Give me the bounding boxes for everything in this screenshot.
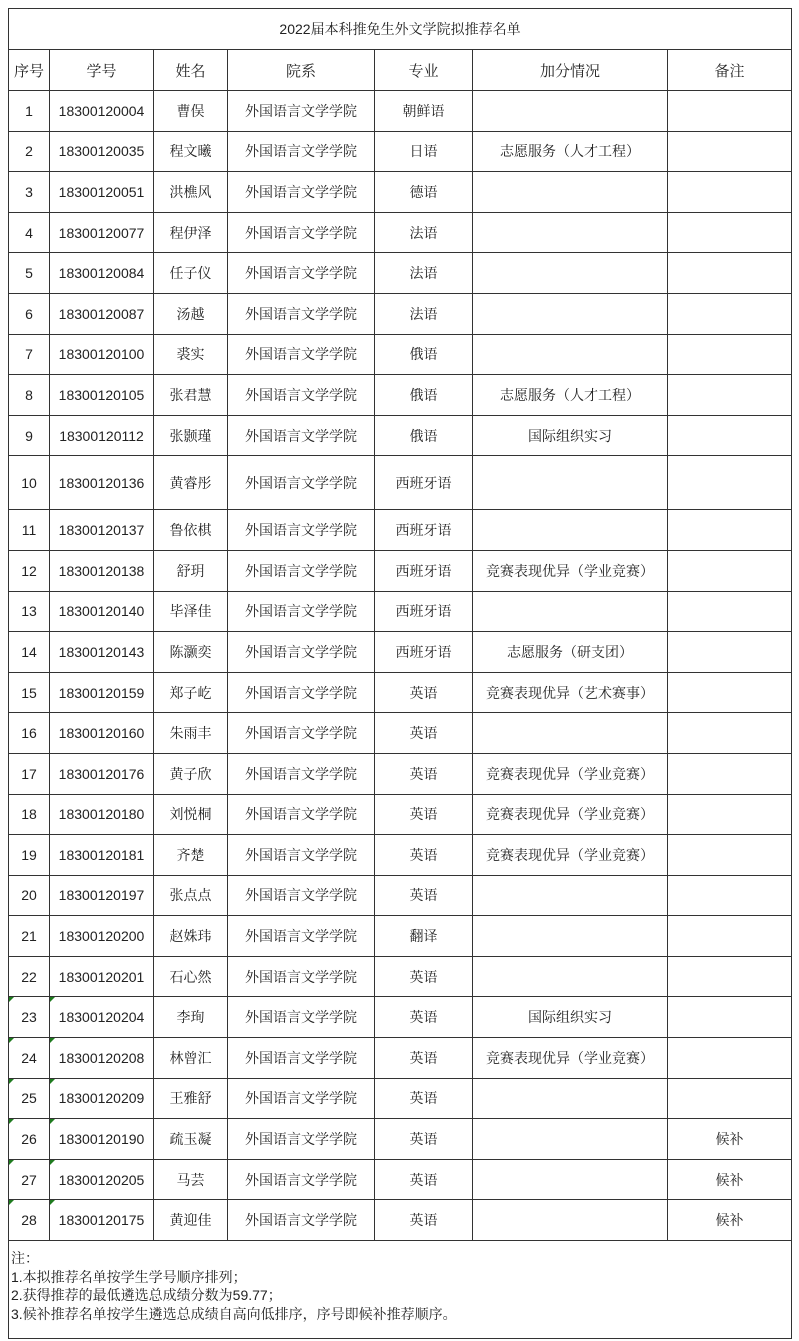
department-cell[interactable]: 外国语言文学学院 [228, 510, 375, 551]
table-row: 1318300120140毕泽佳外国语言文学学院西班牙语 [9, 591, 792, 632]
remark-cell[interactable]: 候补 [668, 1159, 792, 1200]
header-row: 序号 学号 姓名 院系 专业 加分情况 备注 [9, 50, 792, 91]
table-row: 2518300120209王雅舒外国语言文学学院英语 [9, 1078, 792, 1119]
student-id-cell[interactable]: 18300120204 [50, 997, 154, 1038]
table-row: 418300120077程伊泽外国语言文学学院法语 [9, 212, 792, 253]
bonus-cell[interactable] [473, 875, 668, 916]
department-cell[interactable]: 外国语言文学学院 [228, 375, 375, 416]
name-cell[interactable]: 曹俣 [154, 91, 228, 132]
bonus-cell[interactable]: 志愿服务（研支团） [473, 632, 668, 673]
bonus-cell[interactable] [473, 334, 668, 375]
student-id-cell[interactable]: 18300120087 [50, 293, 154, 334]
major-cell[interactable]: 英语 [375, 835, 473, 876]
bonus-cell[interactable] [473, 591, 668, 632]
major-cell[interactable]: 朝鲜语 [375, 91, 473, 132]
note-line: 3.候补推荐名单按学生遴选总成绩自高向低排序，序号即候补推荐顺序。 [11, 1305, 789, 1324]
major-cell[interactable]: 英语 [375, 956, 473, 997]
row-no-cell[interactable]: 18 [9, 794, 50, 835]
major-cell[interactable]: 西班牙语 [375, 591, 473, 632]
department-cell[interactable]: 外国语言文学学院 [228, 713, 375, 754]
remark-cell[interactable] [668, 753, 792, 794]
table-row: 2218300120201石心然外国语言文学学院英语 [9, 956, 792, 997]
major-cell[interactable]: 西班牙语 [375, 510, 473, 551]
student-id-cell[interactable]: 18300120201 [50, 956, 154, 997]
name-cell[interactable]: 程文曦 [154, 131, 228, 172]
department-cell[interactable]: 外国语言文学学院 [228, 131, 375, 172]
row-no-cell[interactable]: 24 [9, 1038, 50, 1079]
name-cell[interactable]: 张点点 [154, 875, 228, 916]
student-id-cell[interactable]: 18300120051 [50, 172, 154, 213]
remark-cell[interactable] [668, 91, 792, 132]
department-cell[interactable]: 外国语言文学学院 [228, 1119, 375, 1160]
name-cell[interactable]: 黄子欣 [154, 753, 228, 794]
remark-cell[interactable] [668, 591, 792, 632]
row-no-cell[interactable]: 14 [9, 632, 50, 673]
department-cell[interactable]: 外国语言文学学院 [228, 293, 375, 334]
department-cell[interactable]: 外国语言文学学院 [228, 997, 375, 1038]
major-cell[interactable]: 英语 [375, 672, 473, 713]
row-no-cell[interactable]: 4 [9, 212, 50, 253]
bonus-cell[interactable] [473, 916, 668, 957]
table-row: 1618300120160朱雨丰外国语言文学学院英语 [9, 713, 792, 754]
table-row: 618300120087汤越外国语言文学学院法语 [9, 293, 792, 334]
row-no-cell[interactable]: 15 [9, 672, 50, 713]
major-cell[interactable]: 英语 [375, 1200, 473, 1241]
remark-cell[interactable] [668, 916, 792, 957]
name-cell[interactable]: 洪樵风 [154, 172, 228, 213]
table-row: 318300120051洪樵风外国语言文学学院德语 [9, 172, 792, 213]
student-id-cell[interactable]: 18300120136 [50, 456, 154, 510]
student-id-cell[interactable]: 18300120004 [50, 91, 154, 132]
table-row: 1218300120138舒玥外国语言文学学院西班牙语竞赛表现优异（学业竞赛） [9, 550, 792, 591]
major-cell[interactable]: 西班牙语 [375, 632, 473, 673]
name-cell[interactable]: 黄睿彤 [154, 456, 228, 510]
row-no-cell[interactable]: 13 [9, 591, 50, 632]
bonus-cell[interactable] [473, 91, 668, 132]
bonus-cell[interactable]: 竞赛表现优异（学业竞赛） [473, 794, 668, 835]
bonus-cell[interactable] [473, 456, 668, 510]
student-id-cell[interactable]: 18300120159 [50, 672, 154, 713]
name-cell[interactable]: 赵姝玮 [154, 916, 228, 957]
bonus-cell[interactable] [473, 1119, 668, 1160]
name-cell[interactable]: 汤越 [154, 293, 228, 334]
department-cell[interactable]: 外国语言文学学院 [228, 956, 375, 997]
student-id-cell[interactable]: 18300120197 [50, 875, 154, 916]
table-row: 2318300120204李珣外国语言文学学院英语国际组织实习 [9, 997, 792, 1038]
table-row: 1918300120181齐楚外国语言文学学院英语竞赛表现优异（学业竞赛） [9, 835, 792, 876]
major-cell[interactable]: 英语 [375, 1038, 473, 1079]
department-cell[interactable]: 外国语言文学学院 [228, 1200, 375, 1241]
student-id-cell[interactable]: 18300120176 [50, 753, 154, 794]
table-row: 2718300120205马芸外国语言文学学院英语候补 [9, 1159, 792, 1200]
table-row: 1518300120159郑子屹外国语言文学学院英语竞赛表现优异（艺术赛事） [9, 672, 792, 713]
name-cell[interactable]: 陈灏奕 [154, 632, 228, 673]
header-major[interactable]: 专业 [375, 50, 473, 91]
remark-cell[interactable] [668, 875, 792, 916]
name-cell[interactable]: 齐楚 [154, 835, 228, 876]
name-cell[interactable]: 黄迎佳 [154, 1200, 228, 1241]
bonus-cell[interactable]: 国际组织实习 [473, 415, 668, 456]
student-id-cell[interactable]: 18300120138 [50, 550, 154, 591]
name-cell[interactable]: 任子仪 [154, 253, 228, 294]
remark-cell[interactable] [668, 997, 792, 1038]
student-id-cell[interactable]: 18300120143 [50, 632, 154, 673]
sheet-title[interactable]: 2022届本科推免生外文学院拟推荐名单 [9, 9, 792, 50]
major-cell[interactable]: 英语 [375, 875, 473, 916]
table-row: 718300120100裘实外国语言文学学院俄语 [9, 334, 792, 375]
table-row: 1018300120136黄睿彤外国语言文学学院西班牙语 [9, 456, 792, 510]
department-cell[interactable]: 外国语言文学学院 [228, 753, 375, 794]
remark-cell[interactable] [668, 713, 792, 754]
student-id-cell[interactable]: 18300120140 [50, 591, 154, 632]
notes-row: 注：1.本拟推荐名单按学生学号顺序排列；2.获得推荐的最低遴选总成绩分数为59.… [9, 1241, 792, 1339]
notes-heading: 注： [11, 1249, 789, 1268]
name-cell[interactable]: 张君慧 [154, 375, 228, 416]
row-no-cell[interactable]: 12 [9, 550, 50, 591]
student-id-cell[interactable]: 18300120077 [50, 212, 154, 253]
row-no-cell[interactable]: 8 [9, 375, 50, 416]
department-cell[interactable]: 外国语言文学学院 [228, 916, 375, 957]
remark-cell[interactable] [668, 550, 792, 591]
row-no-cell[interactable]: 22 [9, 956, 50, 997]
major-cell[interactable]: 英语 [375, 713, 473, 754]
remark-cell[interactable]: 候补 [668, 1119, 792, 1160]
name-cell[interactable]: 张颢瑾 [154, 415, 228, 456]
table-row: 1418300120143陈灏奕外国语言文学学院西班牙语志愿服务（研支团） [9, 632, 792, 673]
name-cell[interactable]: 石心然 [154, 956, 228, 997]
bonus-cell[interactable]: 志愿服务（人才工程） [473, 375, 668, 416]
major-cell[interactable]: 法语 [375, 212, 473, 253]
major-cell[interactable]: 英语 [375, 1078, 473, 1119]
recommendation-table: 2022届本科推免生外文学院拟推荐名单 序号 学号 姓名 院系 专业 加分情况 … [8, 8, 792, 1339]
row-no-cell[interactable]: 25 [9, 1078, 50, 1119]
department-cell[interactable]: 外国语言文学学院 [228, 172, 375, 213]
remark-cell[interactable] [668, 794, 792, 835]
major-cell[interactable]: 英语 [375, 1159, 473, 1200]
student-id-cell[interactable]: 18300120181 [50, 835, 154, 876]
bonus-cell[interactable] [473, 1078, 668, 1119]
row-no-cell[interactable]: 7 [9, 334, 50, 375]
row-no-cell[interactable]: 23 [9, 997, 50, 1038]
bonus-cell[interactable] [473, 253, 668, 294]
row-no-cell[interactable]: 28 [9, 1200, 50, 1241]
bonus-cell[interactable]: 竞赛表现优异（艺术赛事） [473, 672, 668, 713]
remark-cell[interactable] [668, 253, 792, 294]
major-cell[interactable]: 英语 [375, 997, 473, 1038]
row-no-cell[interactable]: 11 [9, 510, 50, 551]
header-no[interactable]: 序号 [9, 50, 50, 91]
student-id-cell[interactable]: 18300120112 [50, 415, 154, 456]
student-id-cell[interactable]: 18300120208 [50, 1038, 154, 1079]
major-cell[interactable]: 西班牙语 [375, 550, 473, 591]
table-row: 1118300120137鲁依棋外国语言文学学院西班牙语 [9, 510, 792, 551]
name-cell[interactable]: 刘悦桐 [154, 794, 228, 835]
row-no-cell[interactable]: 2 [9, 131, 50, 172]
bonus-cell[interactable] [473, 1200, 668, 1241]
name-cell[interactable]: 朱雨丰 [154, 713, 228, 754]
remark-cell[interactable]: 候补 [668, 1200, 792, 1241]
bonus-cell[interactable]: 竞赛表现优异（学业竞赛） [473, 753, 668, 794]
name-cell[interactable]: 程伊泽 [154, 212, 228, 253]
table-row: 1718300120176黄子欣外国语言文学学院英语竞赛表现优异（学业竞赛） [9, 753, 792, 794]
row-no-cell[interactable]: 5 [9, 253, 50, 294]
remark-cell[interactable] [668, 415, 792, 456]
major-cell[interactable]: 英语 [375, 753, 473, 794]
header-remark[interactable]: 备注 [668, 50, 792, 91]
major-cell[interactable]: 法语 [375, 253, 473, 294]
bonus-cell[interactable] [473, 293, 668, 334]
student-id-cell[interactable]: 18300120137 [50, 510, 154, 551]
student-id-cell[interactable]: 18300120190 [50, 1119, 154, 1160]
name-cell[interactable]: 李珣 [154, 997, 228, 1038]
table-row: 2118300120200赵姝玮外国语言文学学院翻译 [9, 916, 792, 957]
remark-cell[interactable] [668, 131, 792, 172]
bonus-cell[interactable]: 国际组织实习 [473, 997, 668, 1038]
header-bonus[interactable]: 加分情况 [473, 50, 668, 91]
table-row: 918300120112张颢瑾外国语言文学学院俄语国际组织实习 [9, 415, 792, 456]
department-cell[interactable]: 外国语言文学学院 [228, 550, 375, 591]
remark-cell[interactable] [668, 172, 792, 213]
bonus-cell[interactable]: 志愿服务（人才工程） [473, 131, 668, 172]
bonus-cell[interactable] [473, 212, 668, 253]
table-row: 2618300120190疏玉凝外国语言文学学院英语候补 [9, 1119, 792, 1160]
student-id-cell[interactable]: 18300120084 [50, 253, 154, 294]
department-cell[interactable]: 外国语言文学学院 [228, 875, 375, 916]
department-cell[interactable]: 外国语言文学学院 [228, 212, 375, 253]
name-cell[interactable]: 林曾汇 [154, 1038, 228, 1079]
major-cell[interactable]: 英语 [375, 1119, 473, 1160]
note-line: 2.获得推荐的最低遴选总成绩分数为59.77； [11, 1286, 789, 1305]
bonus-cell[interactable] [473, 510, 668, 551]
major-cell[interactable]: 法语 [375, 293, 473, 334]
name-cell[interactable]: 毕泽佳 [154, 591, 228, 632]
remark-cell[interactable] [668, 293, 792, 334]
department-cell[interactable]: 外国语言文学学院 [228, 334, 375, 375]
department-cell[interactable]: 外国语言文学学院 [228, 1159, 375, 1200]
table-row: 2018300120197张点点外国语言文学学院英语 [9, 875, 792, 916]
name-cell[interactable]: 舒玥 [154, 550, 228, 591]
header-name[interactable]: 姓名 [154, 50, 228, 91]
major-cell[interactable]: 俄语 [375, 375, 473, 416]
department-cell[interactable]: 外国语言文学学院 [228, 835, 375, 876]
row-no-cell[interactable]: 20 [9, 875, 50, 916]
remark-cell[interactable] [668, 1038, 792, 1079]
department-cell[interactable]: 外国语言文学学院 [228, 1078, 375, 1119]
bonus-cell[interactable] [473, 956, 668, 997]
table-row: 2818300120175黄迎佳外国语言文学学院英语候补 [9, 1200, 792, 1241]
student-id-cell[interactable]: 18300120205 [50, 1159, 154, 1200]
note-line: 1.本拟推荐名单按学生学号顺序排列； [11, 1268, 789, 1287]
major-cell[interactable]: 西班牙语 [375, 456, 473, 510]
table-row: 818300120105张君慧外国语言文学学院俄语志愿服务（人才工程） [9, 375, 792, 416]
table-row: 218300120035程文曦外国语言文学学院日语志愿服务（人才工程） [9, 131, 792, 172]
department-cell[interactable]: 外国语言文学学院 [228, 415, 375, 456]
student-id-cell[interactable]: 18300120200 [50, 916, 154, 957]
student-id-cell[interactable]: 18300120160 [50, 713, 154, 754]
row-no-cell[interactable]: 6 [9, 293, 50, 334]
department-cell[interactable]: 外国语言文学学院 [228, 794, 375, 835]
remark-cell[interactable] [668, 835, 792, 876]
row-no-cell[interactable]: 9 [9, 415, 50, 456]
department-cell[interactable]: 外国语言文学学院 [228, 1038, 375, 1079]
header-student-id[interactable]: 学号 [50, 50, 154, 91]
bonus-cell[interactable] [473, 172, 668, 213]
major-cell[interactable]: 俄语 [375, 415, 473, 456]
row-no-cell[interactable]: 1 [9, 91, 50, 132]
bonus-cell[interactable]: 竞赛表现优异（学业竞赛） [473, 1038, 668, 1079]
student-id-cell[interactable]: 18300120209 [50, 1078, 154, 1119]
row-no-cell[interactable]: 16 [9, 713, 50, 754]
remark-cell[interactable] [668, 456, 792, 510]
department-cell[interactable]: 外国语言文学学院 [228, 672, 375, 713]
row-no-cell[interactable]: 3 [9, 172, 50, 213]
header-department[interactable]: 院系 [228, 50, 375, 91]
student-id-cell[interactable]: 18300120035 [50, 131, 154, 172]
name-cell[interactable]: 鲁依棋 [154, 510, 228, 551]
table-row: 118300120004曹俣外国语言文学学院朝鲜语 [9, 91, 792, 132]
major-cell[interactable]: 日语 [375, 131, 473, 172]
remark-cell[interactable] [668, 510, 792, 551]
department-cell[interactable]: 外国语言文学学院 [228, 91, 375, 132]
table-row: 518300120084任子仪外国语言文学学院法语 [9, 253, 792, 294]
row-no-cell[interactable]: 21 [9, 916, 50, 957]
department-cell[interactable]: 外国语言文学学院 [228, 456, 375, 510]
remark-cell[interactable] [668, 1078, 792, 1119]
notes-cell[interactable]: 注：1.本拟推荐名单按学生学号顺序排列；2.获得推荐的最低遴选总成绩分数为59.… [9, 1241, 792, 1339]
major-cell[interactable]: 英语 [375, 794, 473, 835]
bonus-cell[interactable] [473, 1159, 668, 1200]
student-id-cell[interactable]: 18300120105 [50, 375, 154, 416]
row-no-cell[interactable]: 27 [9, 1159, 50, 1200]
department-cell[interactable]: 外国语言文学学院 [228, 632, 375, 673]
bonus-cell[interactable] [473, 713, 668, 754]
row-no-cell[interactable]: 10 [9, 456, 50, 510]
student-id-cell[interactable]: 18300120175 [50, 1200, 154, 1241]
title-row: 2022届本科推免生外文学院拟推荐名单 [9, 9, 792, 50]
bonus-cell[interactable]: 竞赛表现优异（学业竞赛） [473, 550, 668, 591]
table-row: 2418300120208林曾汇外国语言文学学院英语竞赛表现优异（学业竞赛） [9, 1038, 792, 1079]
row-no-cell[interactable]: 17 [9, 753, 50, 794]
bonus-cell[interactable]: 竞赛表现优异（学业竞赛） [473, 835, 668, 876]
name-cell[interactable]: 郑子屹 [154, 672, 228, 713]
student-id-cell[interactable]: 18300120180 [50, 794, 154, 835]
remark-cell[interactable] [668, 632, 792, 673]
remark-cell[interactable] [668, 212, 792, 253]
department-cell[interactable]: 外国语言文学学院 [228, 253, 375, 294]
name-cell[interactable]: 王雅舒 [154, 1078, 228, 1119]
name-cell[interactable]: 疏玉凝 [154, 1119, 228, 1160]
major-cell[interactable]: 俄语 [375, 334, 473, 375]
remark-cell[interactable] [668, 334, 792, 375]
name-cell[interactable]: 马芸 [154, 1159, 228, 1200]
name-cell[interactable]: 裘实 [154, 334, 228, 375]
remark-cell[interactable] [668, 956, 792, 997]
student-id-cell[interactable]: 18300120100 [50, 334, 154, 375]
row-no-cell[interactable]: 19 [9, 835, 50, 876]
major-cell[interactable]: 翻译 [375, 916, 473, 957]
table-row: 1818300120180刘悦桐外国语言文学学院英语竞赛表现优异（学业竞赛） [9, 794, 792, 835]
row-no-cell[interactable]: 26 [9, 1119, 50, 1160]
department-cell[interactable]: 外国语言文学学院 [228, 591, 375, 632]
remark-cell[interactable] [668, 375, 792, 416]
major-cell[interactable]: 德语 [375, 172, 473, 213]
remark-cell[interactable] [668, 672, 792, 713]
